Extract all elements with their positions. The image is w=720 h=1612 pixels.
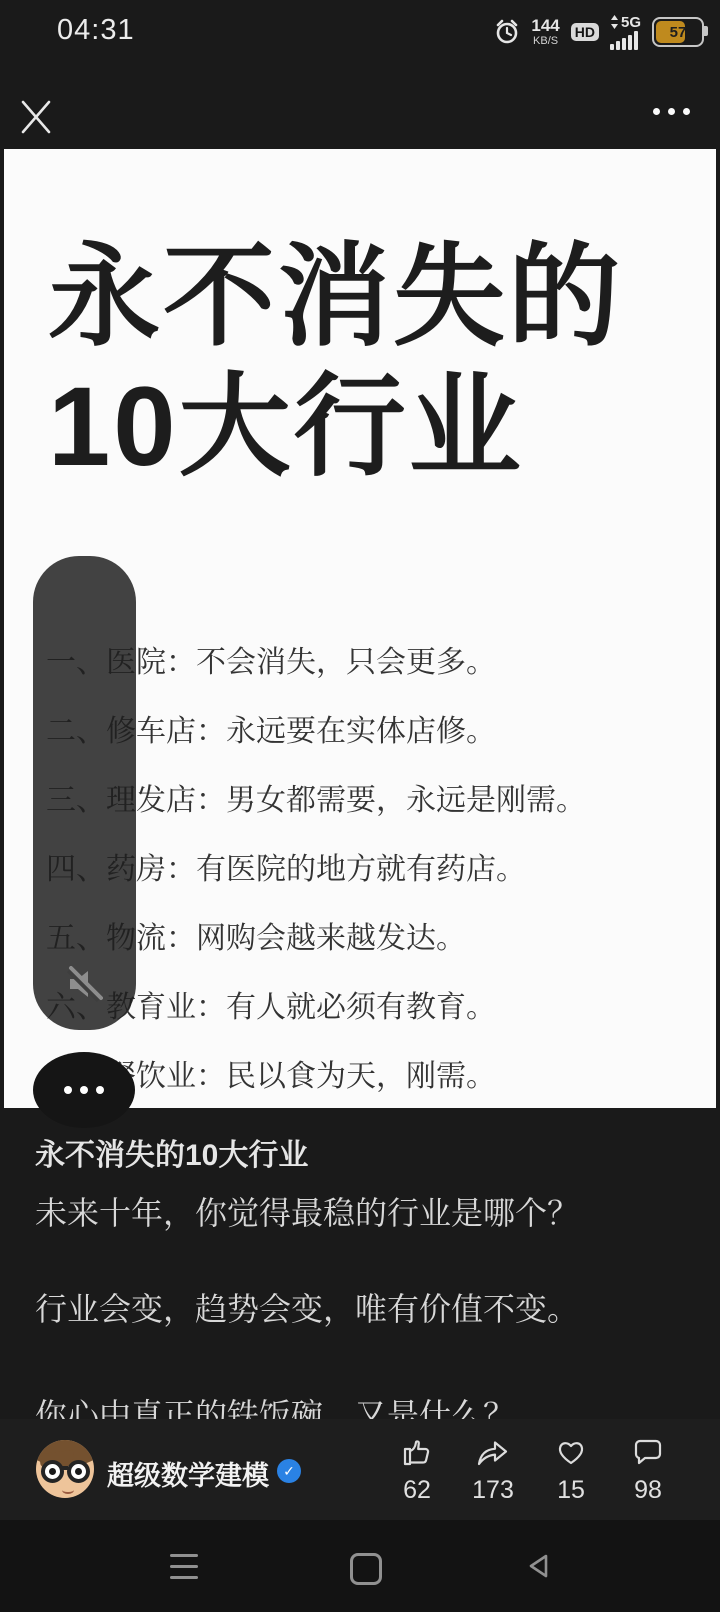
comment-icon <box>631 1435 665 1469</box>
signal-bars <box>610 31 638 50</box>
updown-arrows-icon <box>610 15 619 29</box>
favorite-count: 15 <box>539 1476 603 1505</box>
image-title-line2: 10大行业 <box>48 371 524 483</box>
hd-badge-icon: HD <box>571 23 599 41</box>
caption-area[interactable]: 永不消失的10大行业 未来十年，你觉得最稳的行业是哪个？ 行业会变，趋势会变，唯… <box>0 1108 720 1419</box>
battery-icon: 57 <box>652 17 704 47</box>
verified-badge-icon: ✓ <box>277 1459 301 1483</box>
share-icon <box>475 1435 511 1469</box>
caption-line: 行业会变，趋势会变，唯有价值不变。 <box>35 1284 579 1330</box>
like-button[interactable]: 62 <box>385 1419 449 1520</box>
network-speed: 144 KB/S <box>531 17 559 47</box>
signal-5g-icon: 5G <box>610 15 641 50</box>
home-button[interactable] <box>350 1553 382 1585</box>
screen: { "status_bar": { "time": "04:31", "netw… <box>0 0 720 1612</box>
action-bar: 超级数学建模 ✓ 62 173 15 98 <box>0 1419 720 1520</box>
ellipsis-icon <box>64 1086 72 1094</box>
heart-icon <box>554 1435 588 1469</box>
author-name[interactable]: 超级数学建模 <box>107 1454 269 1493</box>
share-button[interactable]: 173 <box>461 1419 525 1520</box>
battery-percent: 57 <box>654 24 702 41</box>
alarm-icon <box>494 19 520 45</box>
more-options-icon[interactable] <box>653 108 690 115</box>
recents-button[interactable] <box>170 1554 198 1587</box>
status-icons: 144 KB/S HD 5G 57 <box>494 10 704 54</box>
comment-count: 98 <box>616 1476 680 1505</box>
back-button[interactable] <box>524 1552 552 1580</box>
caption-title: 永不消失的10大行业 <box>35 1130 308 1174</box>
expand-more-button[interactable] <box>33 1052 135 1128</box>
like-count: 62 <box>385 1476 449 1505</box>
caption-line: 未来十年，你觉得最稳的行业是哪个？ <box>35 1188 579 1234</box>
comment-button[interactable]: 98 <box>616 1419 680 1520</box>
thumbs-up-icon <box>400 1435 434 1469</box>
floating-panel[interactable] <box>33 556 136 1030</box>
status-time: 04:31 <box>57 14 135 47</box>
image-title-line1: 永不消失的 <box>48 241 623 353</box>
avatar[interactable] <box>36 1440 94 1498</box>
caption-line: 你心中真正的铁饭碗，又是什么？ <box>35 1390 515 1419</box>
close-icon[interactable] <box>18 99 54 135</box>
mute-icon[interactable] <box>62 962 106 1006</box>
share-count: 173 <box>461 1476 525 1505</box>
system-nav-bar <box>0 1520 720 1612</box>
favorite-button[interactable]: 15 <box>539 1419 603 1520</box>
